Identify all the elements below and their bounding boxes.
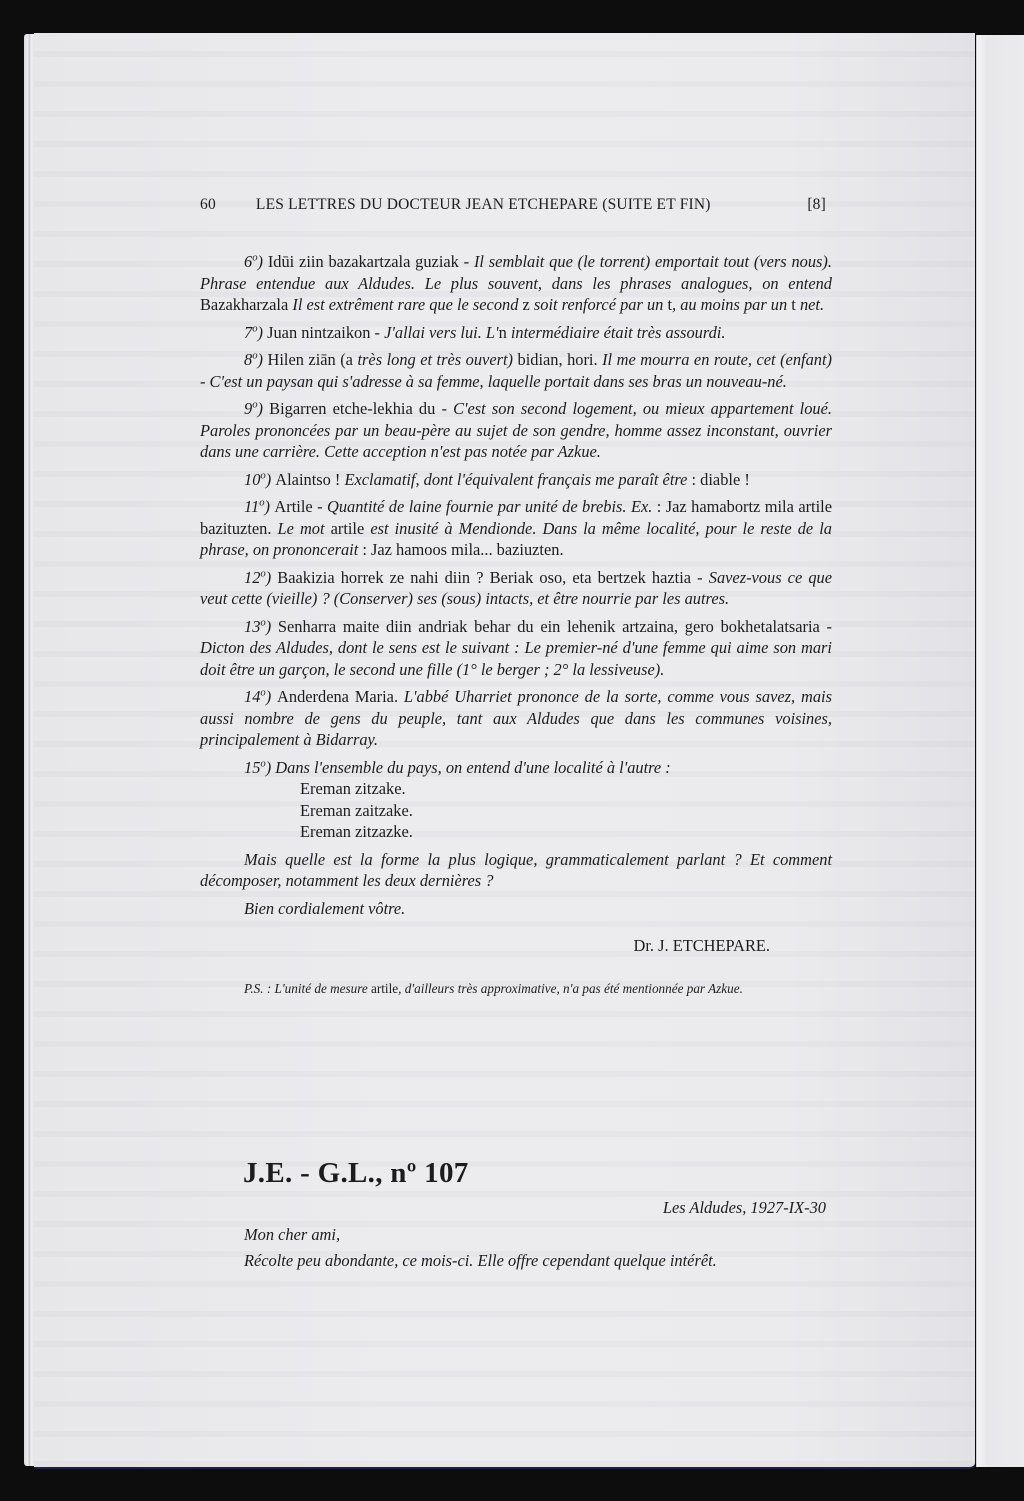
form-item: Ereman zitzake. <box>300 778 832 800</box>
italic-text: J'allai vers lui. L' <box>384 323 498 342</box>
letter-heading: J.E. - G.L., nº 107 <box>243 1157 469 1190</box>
signature: Dr. J. ETCHEPARE. <box>200 935 832 957</box>
question-paragraph: Mais quelle est la forme la plus logique… <box>200 849 832 892</box>
roman-text: - <box>313 497 327 516</box>
form-item: Ereman zitzazke. <box>300 821 832 843</box>
running-title: LES LETTRES DU DOCTEUR JEAN ETCHEPARE (S… <box>216 196 807 214</box>
closing-line: Bien cordialement vôtre. <box>200 898 832 920</box>
roman-text: Senharra maite diin andriak behar du ein… <box>278 617 820 636</box>
entry-number: 13o) <box>244 617 278 636</box>
roman-text: Alaintso ! <box>275 470 344 489</box>
italic-text: , au moins par un <box>672 295 791 314</box>
italic-text: , d'ailleurs très approximative, n'a pas… <box>398 981 743 996</box>
entry-11: 11o) Artile - Quantité de laine fournie … <box>200 496 832 561</box>
italic-text: très long et très ouvert) <box>357 350 513 369</box>
roman-text: Anderdena Maria. <box>277 687 404 706</box>
facing-page-edge <box>976 35 1024 1467</box>
entry-number: 12o) <box>244 568 277 587</box>
entry-14: 14o) Anderdena Maria. L'abbé Uharriet pr… <box>200 686 832 751</box>
form-item: Ereman zaitzake. <box>300 800 832 822</box>
roman-text: - <box>691 568 709 587</box>
roman-text: artile <box>325 519 371 538</box>
italic-text: intermédiaire était très assourdi. <box>507 323 726 342</box>
entry-10: 10o) Alaintso ! Exclamatif, dont l'équiv… <box>200 469 832 491</box>
italic-text: Quantité de laine fournie par unité de b… <box>327 497 652 516</box>
roman-text: Baakizia horrek ze nahi diin ? Beriak os… <box>277 568 691 587</box>
italic-text: Exclamatif, dont l'équivalent français m… <box>344 470 687 489</box>
roman-text: z <box>523 295 530 314</box>
italic-text: Il est extrêment rare que le second <box>288 295 522 314</box>
entry-number: 11o) <box>244 497 274 516</box>
roman-text: - <box>370 323 384 342</box>
opening-line: Récolte peu abondante, ce mois-ci. Elle … <box>244 1251 717 1271</box>
entry-number: 7o) <box>244 323 267 342</box>
roman-text: : diable ! <box>687 470 749 489</box>
italic-text: soit renforcé par un <box>530 295 668 314</box>
forms-list: Ereman zitzake. Ereman zaitzake. Ereman … <box>200 778 832 843</box>
entry-13: 13o) Senharra maite diin andriak behar d… <box>200 616 832 681</box>
section-marker: [8] <box>807 196 826 214</box>
italic-text: Dans l'ensemble du pays, on entend d'une… <box>275 758 670 777</box>
entry-number: 6o) <box>244 252 268 271</box>
postscript: P.S. : L'unité de mesure artile, d'aille… <box>200 979 832 998</box>
italic-text: net. <box>796 295 824 314</box>
italic-text: Dicton des Aldudes, dont le sens est le … <box>200 638 832 679</box>
roman-text: Bazakharzala <box>200 295 288 314</box>
roman-text: - <box>435 399 453 418</box>
entries-list: 6o) Idūi ziin bazakartzala guziak - Il s… <box>200 251 832 778</box>
roman-text: Bigarren etche-lekhia du <box>269 399 435 418</box>
entry-number: 15o) <box>244 758 275 777</box>
running-header: 60 LES LETTRES DU DOCTEUR JEAN ETCHEPARE… <box>200 196 826 214</box>
roman-text: bidian, hori. <box>513 350 602 369</box>
roman-text: Idūi ziin bazakartzala guziak <box>268 252 459 271</box>
letter-body: 6o) Idūi ziin bazakartzala guziak - Il s… <box>200 251 832 998</box>
postscript-text: P.S. : L'unité de mesure artile, d'aille… <box>200 979 832 998</box>
roman-text: artile <box>371 981 398 996</box>
italic-text: Le mot <box>278 519 325 538</box>
entry-12: 12o) Baakizia horrek ze nahi diin ? Beri… <box>200 567 832 610</box>
page-number: 60 <box>200 196 216 214</box>
roman-text: - <box>459 252 474 271</box>
entry-15: 15o) Dans l'ensemble du pays, on entend … <box>200 757 832 779</box>
roman-text: - <box>820 617 832 636</box>
roman-text: n <box>499 323 507 342</box>
roman-text: : Jaz hamoos mila... baziuzten. <box>358 540 563 559</box>
roman-text: Artile <box>274 497 312 516</box>
entry-8: 8o) Hilen ziān (a très long et très ouve… <box>200 349 832 392</box>
entry-6: 6o) Idūi ziin bazakartzala guziak - Il s… <box>200 251 832 316</box>
roman-text: Juan nintzaikon <box>267 323 370 342</box>
entry-7: 7o) Juan nintzaikon - J'allai vers lui. … <box>200 322 832 344</box>
entry-9: 9o) Bigarren etche-lekhia du - C'est son… <box>200 398 832 463</box>
entry-number: 10o) <box>244 470 275 489</box>
dateline: Les Aldudes, 1927-IX-30 <box>200 1198 826 1218</box>
entry-number: 14o) <box>244 687 277 706</box>
entry-number: 8o) <box>244 350 268 369</box>
salutation: Mon cher ami, <box>244 1225 340 1245</box>
entry-number: 9o) <box>244 399 269 418</box>
italic-text: P.S. : L'unité de mesure <box>244 981 371 996</box>
roman-text: Hilen ziān (a <box>268 350 358 369</box>
